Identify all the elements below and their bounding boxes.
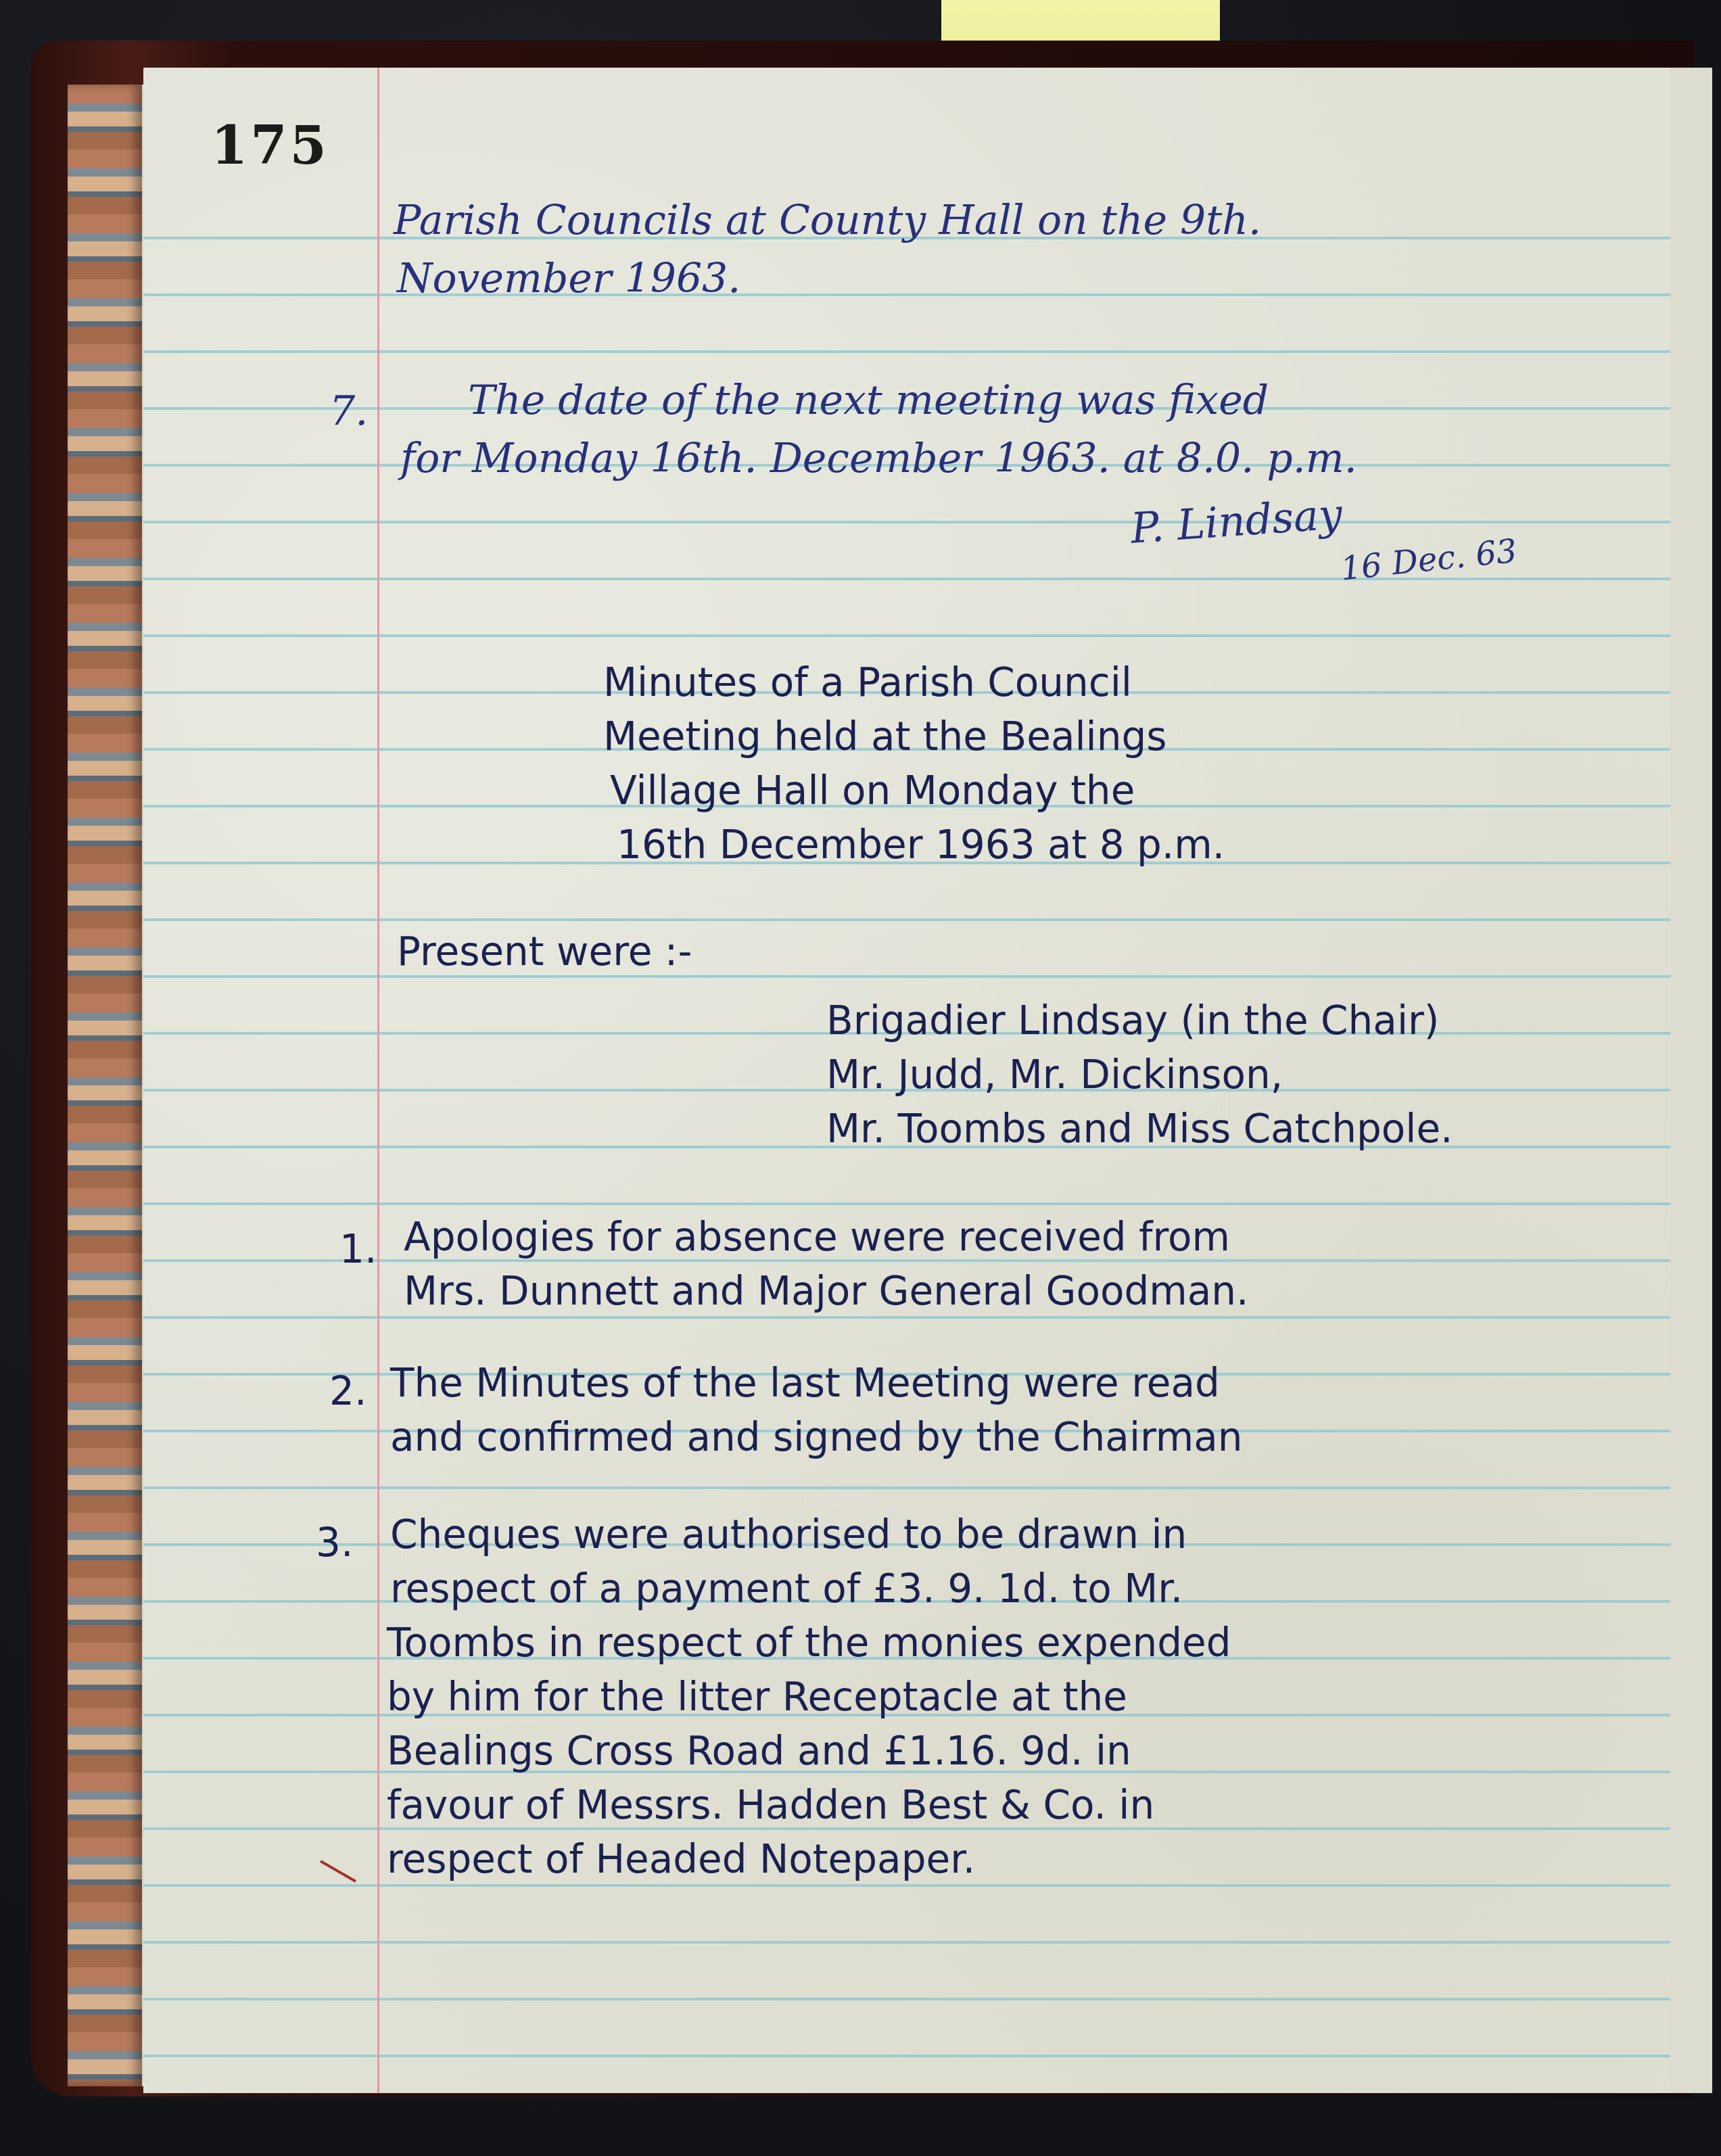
item-line: respect of a payment of £3. 9. 1d. to Mr… bbox=[390, 1569, 1183, 1608]
item-line: for Monday 16th. December 1963. at 8.0. … bbox=[400, 438, 1357, 479]
rule-line bbox=[143, 1486, 1670, 1489]
attendee-line: Mr. Toombs and Miss Catchpole. bbox=[826, 1109, 1453, 1148]
chairman-signature: P. Lindsay bbox=[1129, 493, 1344, 550]
item-line: Mrs. Dunnett and Major General Goodman. bbox=[404, 1271, 1249, 1311]
minutes-heading-line: Meeting held at the Bealings bbox=[603, 717, 1166, 756]
minutes-heading-line: Minutes of a Parish Council bbox=[603, 663, 1132, 702]
minutes-heading-line: 16th December 1963 at 8 p.m. bbox=[617, 825, 1225, 864]
page-number: 175 bbox=[211, 115, 329, 177]
rule-line bbox=[143, 1316, 1670, 1319]
rule-line bbox=[143, 521, 1670, 523]
margin-line bbox=[377, 68, 379, 2093]
rule-line bbox=[143, 1202, 1670, 1205]
minutes-heading-line: Village Hall on Monday the bbox=[610, 771, 1135, 810]
attendee-line: Mr. Judd, Mr. Dickinson, bbox=[826, 1055, 1283, 1094]
item-number: 7. bbox=[329, 391, 368, 431]
rule-line bbox=[143, 2055, 1670, 2057]
item-number: 3. bbox=[316, 1523, 353, 1562]
ledger-page: 175 Parish Councils at County Hall on th… bbox=[143, 68, 1670, 2093]
item-line: The Minutes of the last Meeting were rea… bbox=[390, 1363, 1220, 1403]
attendee-line: Brigadier Lindsay (in the Chair) bbox=[826, 1001, 1439, 1040]
rule-line bbox=[143, 634, 1670, 637]
item-line: respect of Headed Notepaper. bbox=[387, 1839, 975, 1879]
item-line: Cheques were authorised to be drawn in bbox=[390, 1515, 1187, 1554]
rule-line bbox=[143, 350, 1670, 353]
item-line: Toombs in respect of the monies expended bbox=[387, 1623, 1231, 1662]
item-line: Bealings Cross Road and £1.16. 9d. in bbox=[387, 1731, 1131, 1771]
rule-line bbox=[143, 918, 1670, 921]
rule-line bbox=[143, 1998, 1670, 2000]
rule-line bbox=[143, 294, 1670, 296]
rule-line bbox=[143, 1941, 1670, 1944]
item-number: 1. bbox=[339, 1229, 377, 1269]
item-line: by him for the litter Receptacle at the bbox=[387, 1677, 1127, 1716]
rule-line bbox=[143, 975, 1670, 978]
item-line: favour of Messrs. Hadden Best & Co. in bbox=[387, 1785, 1154, 1825]
page-edges bbox=[68, 85, 146, 2086]
item-line: The date of the next meeting was fixed bbox=[468, 380, 1269, 421]
present-label: Present were :- bbox=[397, 932, 692, 971]
rule-line bbox=[143, 1884, 1670, 1887]
red-tick-mark bbox=[320, 1860, 356, 1882]
item-line: Apologies for absence were received from bbox=[404, 1217, 1230, 1257]
continuation-line: November 1963. bbox=[397, 258, 740, 299]
item-number: 2. bbox=[329, 1372, 367, 1411]
item-line: and confirmed and signed by the Chairman bbox=[390, 1417, 1243, 1457]
rule-line bbox=[143, 578, 1670, 580]
continuation-line: Parish Councils at County Hall on the 9t… bbox=[394, 200, 1261, 241]
